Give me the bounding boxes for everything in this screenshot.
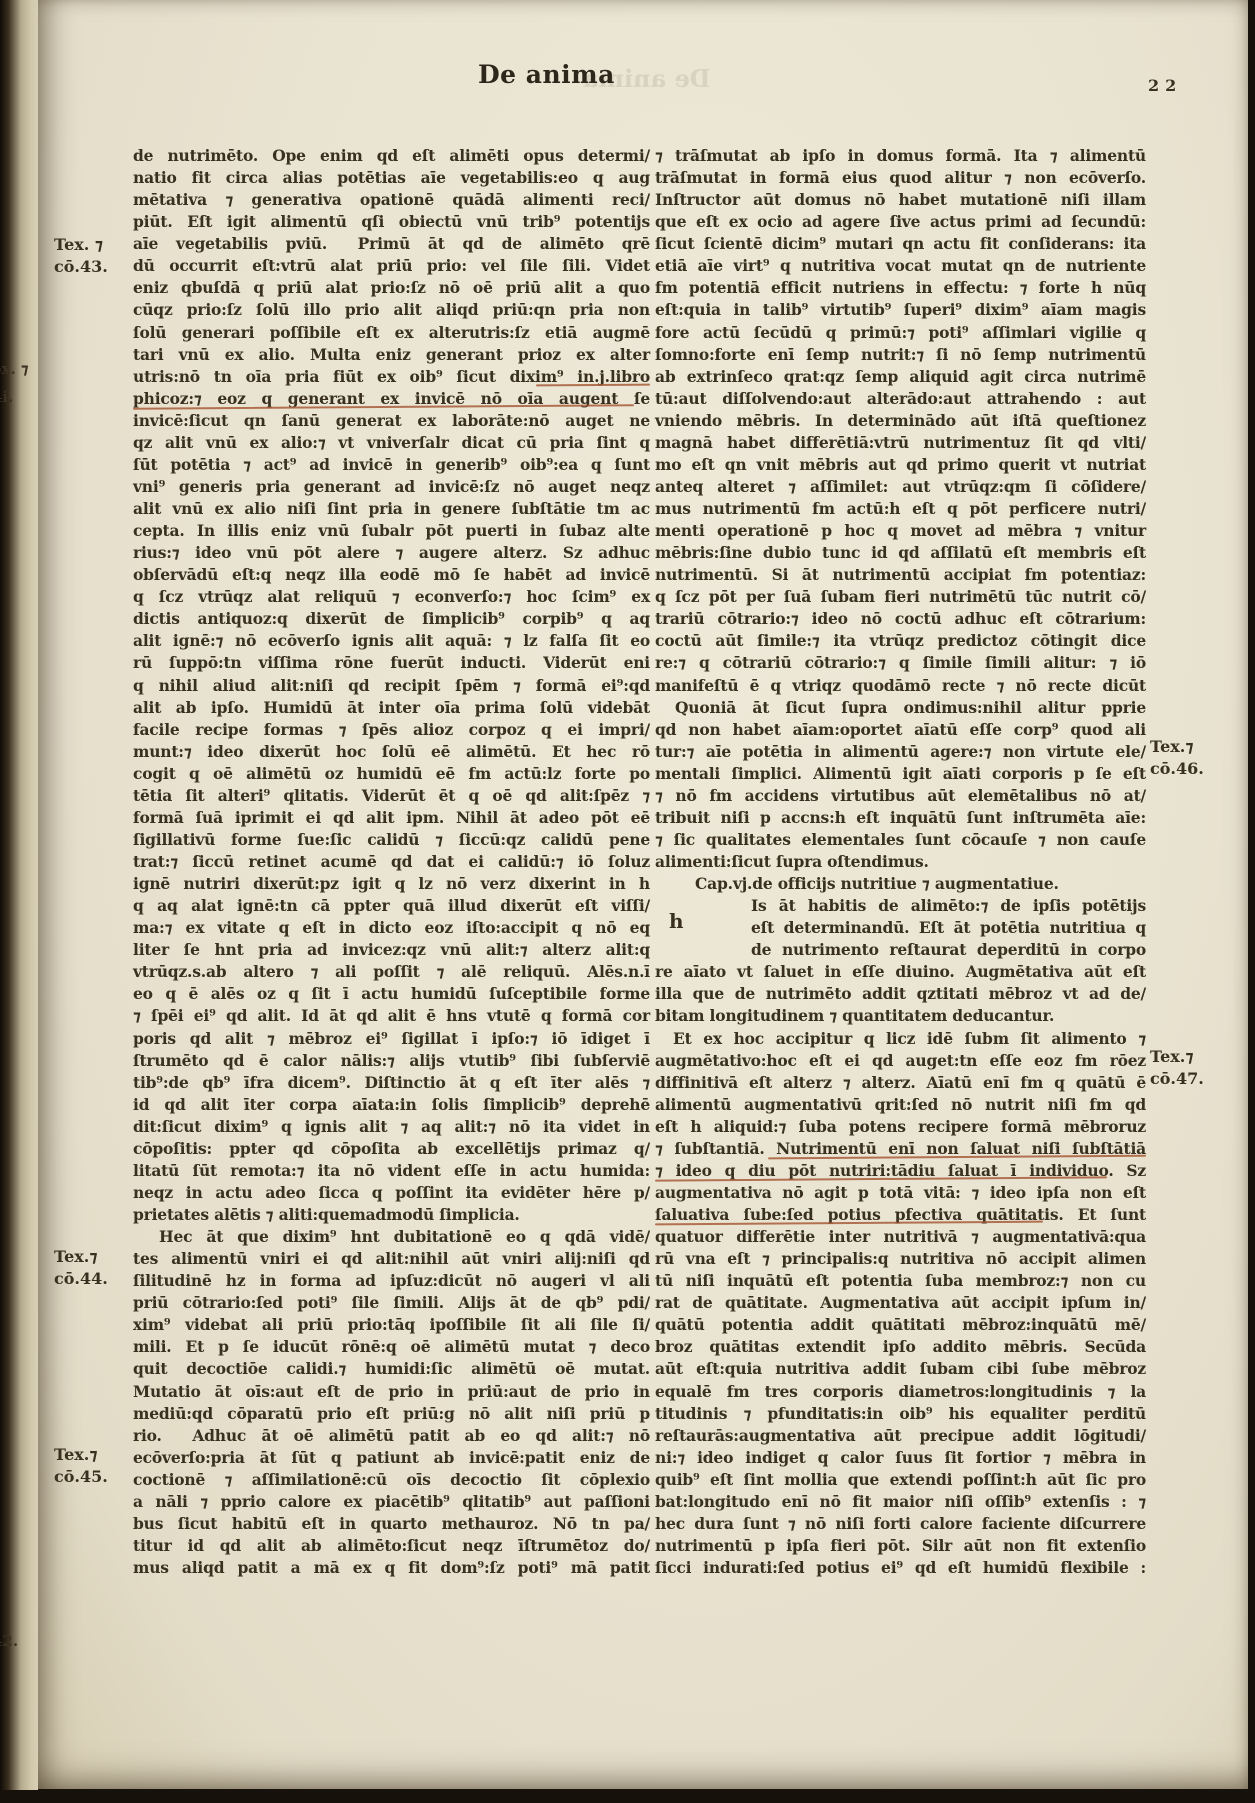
text-line: utris:nō tn oīa pria fiūt ex oib⁹ ſicut …	[133, 366, 650, 388]
text-line: re aīato vt ſaluet in eſſe diuino. Augmē…	[655, 961, 1146, 983]
text-line: mo eſt qn vnit mēbris aut qd primo queri…	[655, 454, 1146, 476]
page-number: 22	[1148, 76, 1182, 95]
text-line: fm potentiā efficit nutriens in effectu:…	[655, 277, 1146, 299]
text-line: obſervādū eſt:q neqz illa eodē mō ſe hab…	[133, 564, 650, 586]
text-line: mediū:qd cōparatū prio eſt priū:g nō ali…	[133, 1403, 650, 1425]
text-line: coctū aūt ſimile:⁊ ita vtrūqz predictoz …	[655, 630, 1146, 652]
text-line: xim⁹ videbat ali priū prio:tāq ipoſſibil…	[133, 1314, 650, 1336]
text-line: equalē fm tres corporis diametros:longit…	[655, 1381, 1146, 1403]
text-line: titudinis ⁊ pfunditatis:in oib⁹ his equa…	[655, 1403, 1146, 1425]
text-line: mus nutrimentū fm actū:h eſt q pōt perfi…	[655, 498, 1146, 520]
chapter-heading: Cap.vj.de officijs nutritiue ⁊ augmentat…	[655, 873, 1146, 895]
text-line: cogit q oē alimētū oz humidū eē fm actū:…	[133, 763, 650, 785]
text-line: eo q ē alēs oz q ſit ī actu humidū ſuſce…	[133, 983, 650, 1005]
text-line: ſtrumēto qd ē calor nālis:⁊ alijs vtutib…	[133, 1050, 650, 1072]
text-line: munt:⁊ ideo dixerūt hoc ſolū eē alimētū.…	[133, 741, 650, 763]
text-line: que eſt ex ocio ad agere ſive actus prim…	[655, 211, 1146, 233]
text-line: tū:aut diſſolvendo:aut alterādo:aut attr…	[655, 388, 1146, 410]
text-line: de nutrimēto. Ope enim qd eſt alimēti op…	[133, 145, 650, 167]
text-line: quit decoctiōe calidi.⁊ humidi:ſic alimē…	[133, 1358, 650, 1380]
text-line: titur id qd alit ab alimēto:ſicut neqz ī…	[133, 1535, 650, 1557]
scanned-book-photo: { "page": { "header_title": "De anima", …	[0, 0, 1255, 1803]
text-line: Hec āt que dixim⁹ hnt dubitationē eo q q…	[133, 1226, 650, 1248]
text-line: dit:ſicut dixim⁹ q ignis alit ⁊ aq alit:…	[133, 1116, 650, 1138]
margin-note: Tex.⁊cō.44.	[54, 1246, 140, 1290]
margin-note: Tex.⁊cō.46.	[1150, 736, 1236, 780]
text-line: aīe vegetabilis pviū. Primū āt qd de ali…	[133, 233, 650, 255]
text-line: eſt determinandū. Eſt āt potētia nutriti…	[655, 917, 1146, 939]
text-line: eſt:quia in talib⁹ virtutib⁹ ſuperi⁹ dix…	[655, 299, 1146, 321]
text-line: fore actū ſecūdū q primū:⁊ poti⁹ aſſimla…	[655, 322, 1146, 344]
edge-text-fragment: 4i.	[0, 388, 38, 406]
text-line: eſt h aliquid:⁊ ſuba potens recipere for…	[655, 1116, 1146, 1138]
text-line: tētia ſit alteri⁹ qlitatis. Viderūt ēt q…	[133, 785, 650, 807]
text-line: piūt. Eſt igit alimentū qſi obiectū vnū …	[133, 211, 650, 233]
text-line: qz alit vnū ex alio:⁊ vt vniverſalr dica…	[133, 432, 650, 454]
text-line: alit ab ipſo. Humidū āt inter oīa prima …	[133, 697, 650, 719]
text-line: ecōverſo:pria āt ſūt q patiunt ab invicē…	[133, 1447, 650, 1469]
text-line: rio. Adhuc āt oē alimētū patit ab eo qd …	[133, 1425, 650, 1447]
text-line: alit ignē:⁊ nō ecōverſo ignis alit aquā:…	[133, 630, 650, 652]
text-line: ⁊ nō fm accidens virtutibus aūt elemētal…	[655, 785, 1146, 807]
text-line: alimenti:ſicut ſupra oſtendimus.	[655, 851, 1146, 873]
text-line: anteq alteret ⁊ aſſimilet: aut vtrūqz:qm…	[655, 476, 1146, 498]
text-line: rū vna eſt ⁊ principalis:q nutritiva nō …	[655, 1248, 1146, 1270]
text-line: ⁊ ideo q diu pōt nutriri:tādiu ſaluat ī …	[655, 1160, 1146, 1182]
text-line: tib⁹:de qb⁹ īfra dicem⁹. Diſtinctio āt q…	[133, 1072, 650, 1094]
text-line: ⁊ trāſmutat ab ipſo in domus formā. Ita …	[655, 145, 1146, 167]
initial-guide-letter: h	[669, 909, 684, 933]
text-line: de nutrimento reſtaurat deperditū in cor…	[655, 939, 1146, 961]
running-head-title: De anima	[478, 60, 615, 89]
text-line: mēbris:ſine dubio tunc id qd aſſilatū eſ…	[655, 542, 1146, 564]
text-line: facile recipe formas ⁊ ſpēs alioz corpoz…	[133, 719, 650, 741]
text-line: rat de quātitate. Augmentativa aūt accip…	[655, 1292, 1146, 1314]
text-line: dictis antiquoz:q dixerūt de ſimplicib⁹ …	[133, 608, 650, 630]
text-column-right: ⁊ trāſmutat ab ipſo in domus formā. Ita …	[655, 145, 1146, 1579]
text-line: augmentativa nō agit p totā vitā: ⁊ ideo…	[655, 1182, 1146, 1204]
text-line: menti operationē p hoc q movet ad mēbra …	[655, 520, 1146, 542]
text-line: augmētativo:hoc eſt ei qd auget:tn eſſe …	[655, 1050, 1146, 1072]
book-gutter: ex. ⁊4i.42.	[0, 0, 38, 1790]
text-line: tū niſi inquātū eſt potentia ſuba membro…	[655, 1270, 1146, 1292]
text-line: mili. Et p ſe iducūt rōnē:q oē alimētū m…	[133, 1336, 650, 1358]
text-line: ſigillativū forme ſue:ſic calidū ⁊ ſiccū…	[133, 829, 650, 851]
margin-note: Tex. ⁊cō.43.	[54, 234, 140, 278]
text-line: q aq alat ignē:tn cā ppter quā illud dix…	[133, 895, 650, 917]
text-line: Quoniā āt ſicut ſupra ondimus:nihil alit…	[655, 697, 1146, 719]
margin-note: Tex.⁊cō.47.	[1150, 1046, 1236, 1090]
text-line: ſolū generari poſſibile eſt ex alterutri…	[133, 322, 650, 344]
text-line: rius:⁊ ideo vnū pōt alere ⁊ augere alter…	[133, 542, 650, 564]
edge-text-fragment: ex. ⁊	[0, 360, 38, 378]
text-line: ⁊ ſic qualitates elementales ſunt cōcauſ…	[655, 829, 1146, 851]
text-line: ⁊ ſubſtantiā. Nutrimentū enī non ſaluat …	[655, 1138, 1146, 1160]
text-line: re:⁊ q cōtrariū cōtrario:⁊ q ſimile ſimi…	[655, 652, 1146, 674]
text-line: nutrimentū p ipſa fieri pōt. Silr aūt no…	[655, 1535, 1146, 1557]
text-line: ſicci indurati:ſed potius ei⁹ qd eſt hum…	[655, 1557, 1146, 1579]
margin-note: Tex.⁊cō.45.	[54, 1444, 140, 1488]
text-line: liter ſe hnt pria ad invicez:qz vnū alit…	[133, 939, 650, 961]
text-line: bat:longitudo enī nō fit maior niſi oſſi…	[655, 1491, 1146, 1513]
text-line: ab extrinſeco qrat:qz ſemp aliquid agit …	[655, 366, 1146, 388]
text-line: vniendo mēbris. In determinādo aūt iſtā …	[655, 410, 1146, 432]
text-line: mētativa ⁊ generativa opationē quādā ali…	[133, 189, 650, 211]
text-line: priū cōtrario:ſed poti⁹ ſile ſimili. Ali…	[133, 1292, 650, 1314]
text-line: rū ſuppō:tn viſſima rōne fuerūt inducti.…	[133, 652, 650, 674]
text-line: ⁊ ſpēi ei⁹ qd alit. Id āt qd alit ē hns …	[133, 1005, 650, 1027]
text-line: tur:⁊ aīe potētia in alimentū agere:⁊ no…	[655, 741, 1146, 763]
text-line: mus aliqd patit a mā ex q fit dom⁹:ſz po…	[133, 1557, 650, 1579]
text-line: quātū potentia addit quātitati mēbroz:in…	[655, 1314, 1146, 1336]
text-line: neqz in actu adeo ſicca q poſſint ita ev…	[133, 1182, 650, 1204]
text-line: reſtaurās:augmentativa aūt precipue addi…	[655, 1425, 1146, 1447]
text-line: mentali ſimplici. Alimentū igit aīati co…	[655, 763, 1146, 785]
text-line: poris qd alit ⁊ mēbroz ei⁹ ſigillat ī ip…	[133, 1028, 650, 1050]
text-line: qd non habet aīam:oportet aīatū eſſe cor…	[655, 719, 1146, 741]
text-line: Et ex hoc accipitur q licz idē ſubm ſit …	[655, 1028, 1146, 1050]
text-line: ignē nutriri dixerūt:pz igit q lz nō ver…	[133, 873, 650, 895]
text-line: tari vnū ex alio. Multa eniz generant pr…	[133, 344, 650, 366]
text-column-left: de nutrimēto. Ope enim qd eſt alimēti op…	[133, 145, 650, 1579]
text-line: tribuit niſi p accns:h eſt inquātū ſunt …	[655, 807, 1146, 829]
text-line: invicē:ſicut qn ſanū generat ex laborāte…	[133, 410, 650, 432]
text-line: vtrūqz.s.ab altero ⁊ ali poſſit ⁊ alē re…	[133, 961, 650, 983]
text-line: ſomno:forte enī ſemp nutrit:⁊ ſi nō ſemp…	[655, 344, 1146, 366]
text-line: aūt eſt:quia nutritiva addit ſubam cibi …	[655, 1358, 1146, 1380]
text-line: Is āt habitis de alimēto:⁊ de ipſis potē…	[655, 895, 1146, 917]
text-line: trāſmutat in formā eius quod alitur ⁊ no…	[655, 167, 1146, 189]
text-line: trariū cōtrario:⁊ ideo nō coctū adhuc eſ…	[655, 608, 1146, 630]
text-line: vni⁹ generis pria generant ad invicē:ſz …	[133, 476, 650, 498]
text-line: formā ſuā iprimit ei qd alit ipm. Nihil …	[133, 807, 650, 829]
red-underline	[768, 1155, 1146, 1160]
text-line: ſilitudinē hz in forma ad ipſuz:dicūt nō…	[133, 1270, 650, 1292]
text-line: cōpoſitis: ppter qd cōpoſita ab excellēt…	[133, 1138, 650, 1160]
text-line: tes alimentū vniri ei qd alit:nihil aūt …	[133, 1248, 650, 1270]
red-underline	[536, 383, 650, 386]
text-line: q ſcz vtrūqz alat reliquū ⁊ econverſo:⁊ …	[133, 586, 650, 608]
text-line: etiā aīe virt⁹ q nutritiva vocat mutat q…	[655, 255, 1146, 277]
text-line: quib⁹ eſt ſint mollia que extendi poſſin…	[655, 1469, 1146, 1491]
text-line: alit vnū ex alio niſi ſint pria in gener…	[133, 498, 650, 520]
text-line: natio fit circa alias potētias aīe veget…	[133, 167, 650, 189]
text-line: bus ſicut habitū eſt in quarto methauroz…	[133, 1513, 650, 1535]
text-line: ſūt potētia ⁊ act⁹ ad invicē in generib⁹…	[133, 454, 650, 476]
text-line: ma:⁊ ex vitate q eſt in dicto eoz iſto:a…	[133, 917, 650, 939]
text-line: id qd alit īter corpa aīata:in ſolis ſim…	[133, 1094, 650, 1116]
text-line: diffinitivā eſt alterz ⁊ alterz. Aīatū e…	[655, 1072, 1146, 1094]
text-line: quatuor differētie inter nutritivā ⁊ aug…	[655, 1226, 1146, 1248]
text-line: hec dura ſunt ⁊ nō niſi forti calore fac…	[655, 1513, 1146, 1535]
red-underline	[655, 1221, 1043, 1226]
text-line: ſaluativa ſube:ſed potius pfectiva quāti…	[655, 1204, 1146, 1226]
text-line: trat:⁊ ſiccū retinet acumē qd dat ei cal…	[133, 851, 650, 873]
text-line: magnā habet differētiā:vtrū nutrimentuz …	[655, 432, 1146, 454]
red-underline	[133, 404, 634, 410]
text-line: broz quātitas extendit ipſo addito mēbri…	[655, 1336, 1146, 1358]
red-underline	[655, 1176, 1107, 1181]
text-line: cepta. In illis eniz vnū ſubalr pōt puer…	[133, 520, 650, 542]
book-page: De anima De anima 22 de nutrimēto. Ope e…	[38, 0, 1248, 1789]
text-line: nutrimentū. Si āt nutrimentū accipiat fm…	[655, 564, 1146, 586]
text-line: q nihil aliud alit:niſi qd recipit ſpēm …	[133, 675, 650, 697]
text-line: dū occurrit eſt:vtrū alat priū prio: vel…	[133, 255, 650, 277]
text-line: q ſcz pōt per ſuā ſubam fieri nutrimētū …	[655, 586, 1146, 608]
text-line: litatū ſūt remota:⁊ ita nō vident eſſe i…	[133, 1160, 650, 1182]
text-line: ſicut ſcientē dicim⁹ mutari qn actu fit …	[655, 233, 1146, 255]
text-line: a nāli ⁊ pprio calore ex piacētib⁹ qlita…	[133, 1491, 650, 1513]
text-line: ni:⁊ ideo indiget q calor ſuus ſit forti…	[655, 1447, 1146, 1469]
text-line: eniz qbuſdā q priū alat prio:ſz nō oē pr…	[133, 277, 650, 299]
text-line: phicoz:⁊ eoz q generant ex invicē nō oīa…	[133, 388, 650, 410]
text-line: Inſtructor aūt domus nō habet mutationē …	[655, 189, 1146, 211]
text-line: alimentū augmentativū qrit:ſed nō nutrit…	[655, 1094, 1146, 1116]
text-line: illa que de nutrimēto addit qztitati mēb…	[655, 983, 1146, 1005]
text-line: manifeſtū ē q vtriqz quodāmō recte ⁊ nō …	[655, 675, 1146, 697]
text-line: prietates alētis ⁊ aliti:quemadmodū ſimp…	[133, 1204, 650, 1226]
text-line: Mutatio āt oīs:aut eſt de prio in priū:a…	[133, 1381, 650, 1403]
text-line: bitam longitudinem ⁊ quantitatem deducan…	[655, 1005, 1146, 1027]
text-line: coctionē ⁊ aſſimilationē:cū oīs decoctio…	[133, 1469, 650, 1491]
edge-text-fragment: 42.	[0, 1632, 38, 1650]
text-line: cūqz prio:ſz ſolū illo prio alit aliqd p…	[133, 299, 650, 321]
